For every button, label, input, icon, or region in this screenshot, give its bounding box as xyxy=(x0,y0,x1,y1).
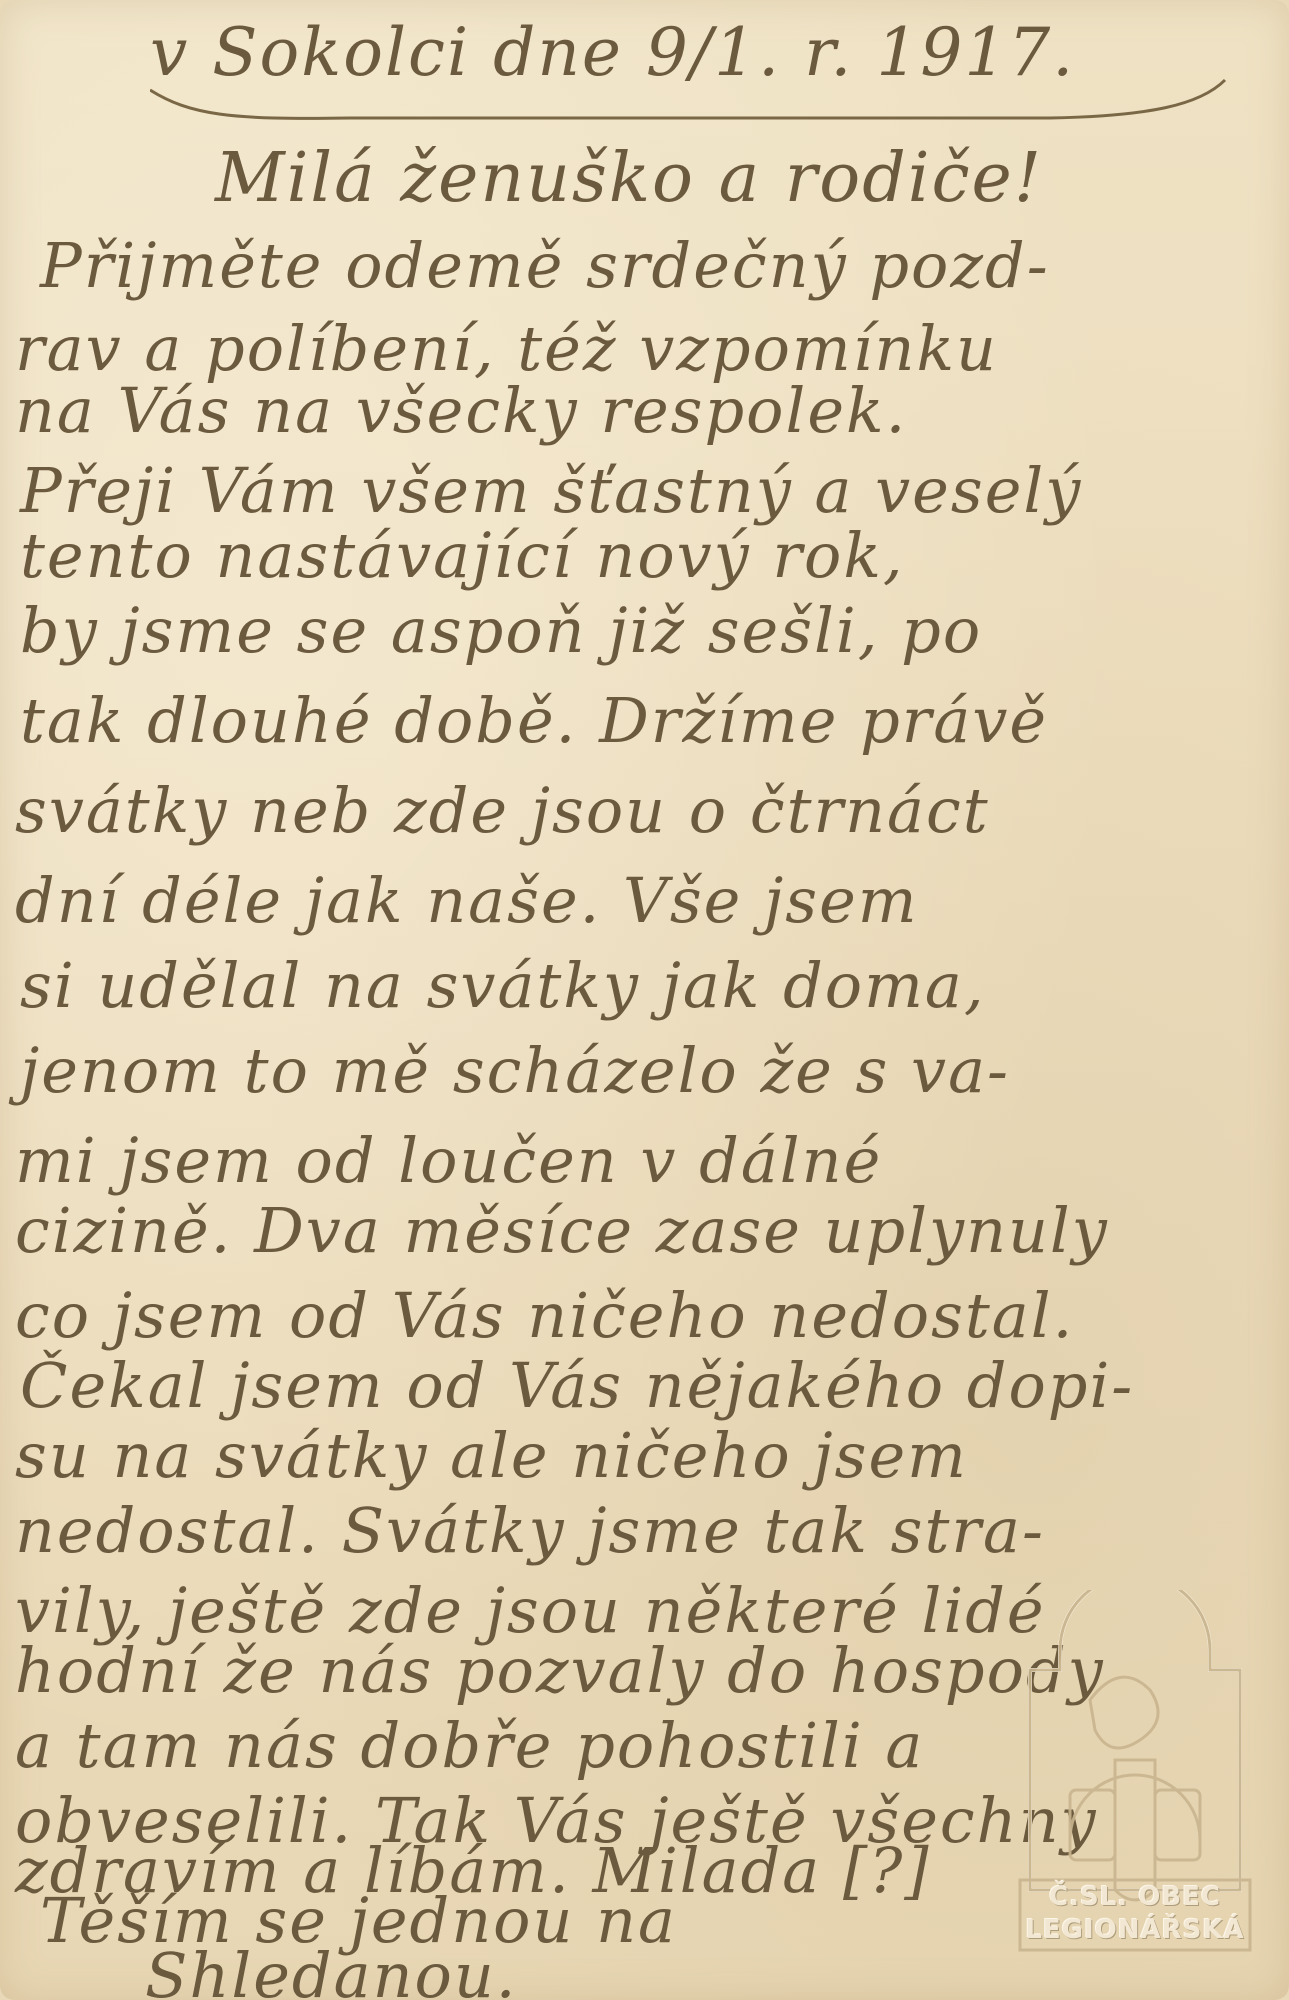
body-line: tento nastávající nový rok, xyxy=(20,525,905,587)
stamp-text-line2: LEGIONÁŘSKÁ xyxy=(1000,1915,1270,1945)
stamp-text-line1: Č.SL. OBEC xyxy=(1000,1882,1270,1912)
body-line: vily, ještě zde jsou některé lidé xyxy=(15,1580,1046,1642)
body-line: rav a políbení, též vzpomínku xyxy=(15,318,998,380)
body-line: Přeji Vám všem šťastný a veselý xyxy=(20,460,1082,522)
body-line: by jsme se aspoň již sešli, po xyxy=(20,600,982,662)
body-line: Čekal jsem od Vás nějakého dopi- xyxy=(20,1355,1134,1417)
salutation: Milá ženuško a rodiče! xyxy=(215,145,1043,213)
heading-underline xyxy=(150,70,1230,120)
body-line: cizině. Dva měsíce zase uplynuly xyxy=(15,1200,1109,1262)
postcard: v Sokolci dne 9/1. r. 1917. Milá ženuško… xyxy=(0,0,1289,2000)
body-line: mi jsem od loučen v dálné xyxy=(15,1130,882,1192)
body-line: Přijměte odemě srdečný pozd- xyxy=(40,235,1050,297)
body-line: na Vás na všecky respolek. xyxy=(15,380,907,442)
closing-signoff: Shledanou. xyxy=(145,1945,517,2000)
body-line: jenom to mě scházelo že s va- xyxy=(20,1040,1010,1102)
body-line: tak dlouhé době. Držíme právě xyxy=(20,690,1048,752)
body-line: dní déle jak naše. Vše jsem xyxy=(15,870,919,932)
body-line: nedostal. Svátky jsme tak stra- xyxy=(15,1500,1045,1562)
body-line: su na svátky ale ničeho jsem xyxy=(15,1425,968,1487)
body-line: co jsem od Vás ničeho nedostal. xyxy=(15,1285,1074,1347)
body-line: hodní že nás pozvaly do hospody xyxy=(15,1640,1105,1702)
body-line: svátky neb zde jsou o čtrnáct xyxy=(15,780,990,842)
legion-embossed-stamp: Č.SL. OBEC LEGIONÁŘSKÁ xyxy=(1000,1590,1270,1960)
body-line: si udělal na svátky jak doma, xyxy=(20,955,986,1017)
body-line: a tam nás dobře pohostili a xyxy=(15,1715,924,1777)
